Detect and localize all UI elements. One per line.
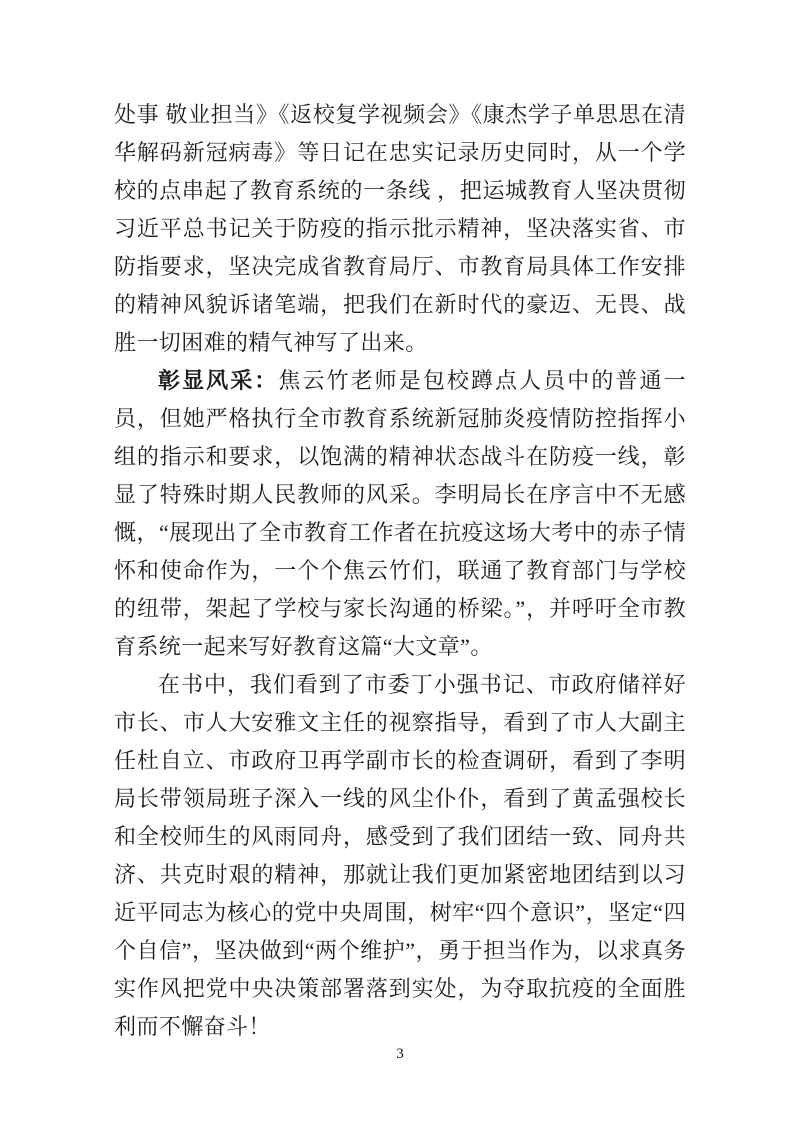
paragraph-highlight-style: 彰显风采：焦云竹老师是包校蹲点人员中的普通一员，但她严格执行全市教育系统新冠肺炎… — [114, 362, 686, 666]
page-number: 3 — [0, 1046, 800, 1063]
paragraph-continuation: 处事 敬业担当》《返校复学视频会》《康杰学子单思思在清华解码新冠病毒》等日记在忠… — [114, 96, 686, 362]
paragraph-conclusion: 在书中，我们看到了市委丁小强书记、市政府储祥好市长、市人大安雅文主任的视察指导，… — [114, 666, 686, 1046]
paragraph-text: 处事 敬业担当》《返校复学视频会》《康杰学子单思思在清华解码新冠病毒》等日记在忠… — [114, 102, 686, 355]
document-page: 处事 敬业担当》《返校复学视频会》《康杰学子单思思在清华解码新冠病毒》等日记在忠… — [0, 0, 800, 1131]
paragraph-lead-bold: 彰显风采： — [158, 368, 278, 393]
paragraph-text: 焦云竹老师是包校蹲点人员中的普通一员，但她严格执行全市教育系统新冠肺炎疫情防控指… — [114, 368, 686, 659]
paragraph-text: 在书中，我们看到了市委丁小强书记、市政府储祥好市长、市人大安雅文主任的视察指导，… — [114, 672, 686, 1039]
document-body: 处事 敬业担当》《返校复学视频会》《康杰学子单思思在清华解码新冠病毒》等日记在忠… — [114, 96, 686, 1046]
